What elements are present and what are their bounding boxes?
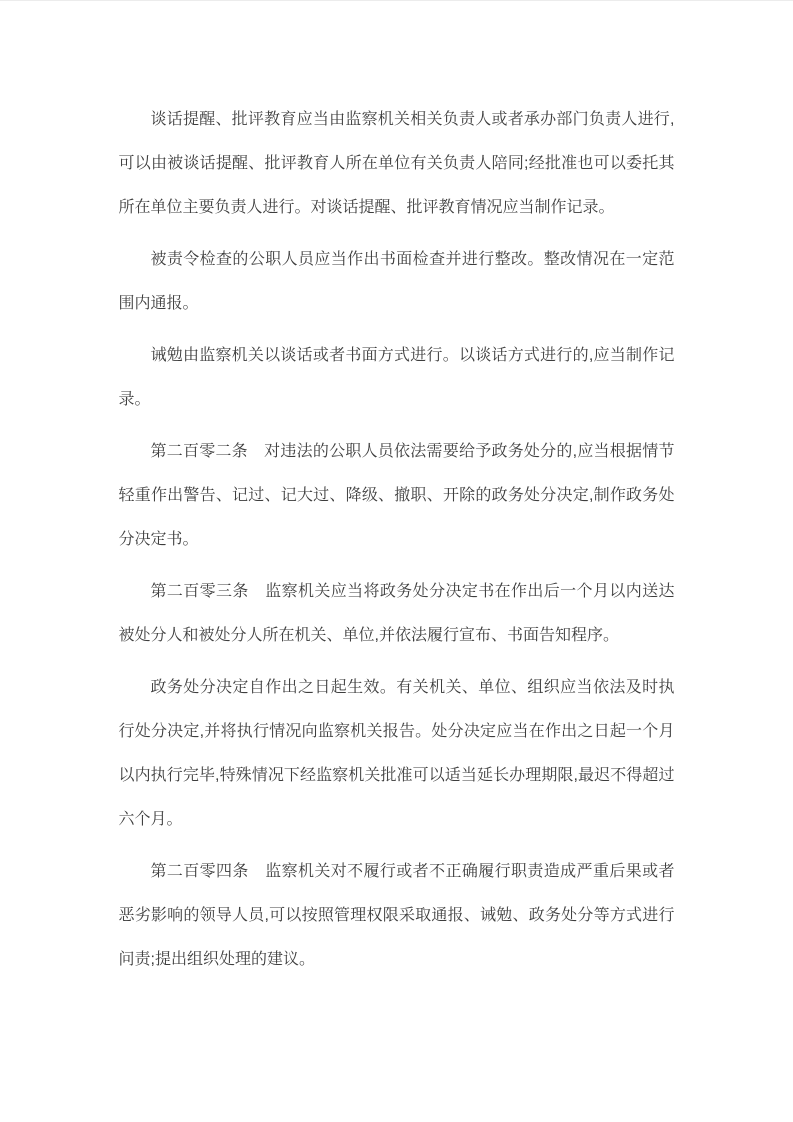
paragraph-admonition: 诫勉由监察机关以谈话或者书面方式进行。以谈话方式进行的,应当制作记录。 xyxy=(119,334,675,422)
paragraph-written-review: 被责令检查的公职人员应当作出书面检查并进行整改。整改情况在一定范围内通报。 xyxy=(119,238,675,326)
paragraph-talk-reminder: 谈话提醒、批评教育应当由监察机关相关负责人或者承办部门负责人进行,可以由被谈话提… xyxy=(119,98,675,230)
paragraph-article-204: 第二百零四条 监察机关对不履行或者不正确履行职责造成严重后果或者恶劣影响的领导人… xyxy=(119,850,675,982)
paragraph-decision-effective: 政务处分决定自作出之日起生效。有关机关、单位、组织应当依法及时执行处分决定,并将… xyxy=(119,666,675,842)
paragraph-article-203: 第二百零三条 监察机关应当将政务处分决定书在作出后一个月以内送达被处分人和被处分… xyxy=(119,570,675,658)
document-page: 谈话提醒、批评教育应当由监察机关相关负责人或者承办部门负责人进行,可以由被谈话提… xyxy=(119,1,675,982)
paragraph-article-202: 第二百零二条 对违法的公职人员依法需要给予政务处分的,应当根据情节轻重作出警告、… xyxy=(119,430,675,562)
